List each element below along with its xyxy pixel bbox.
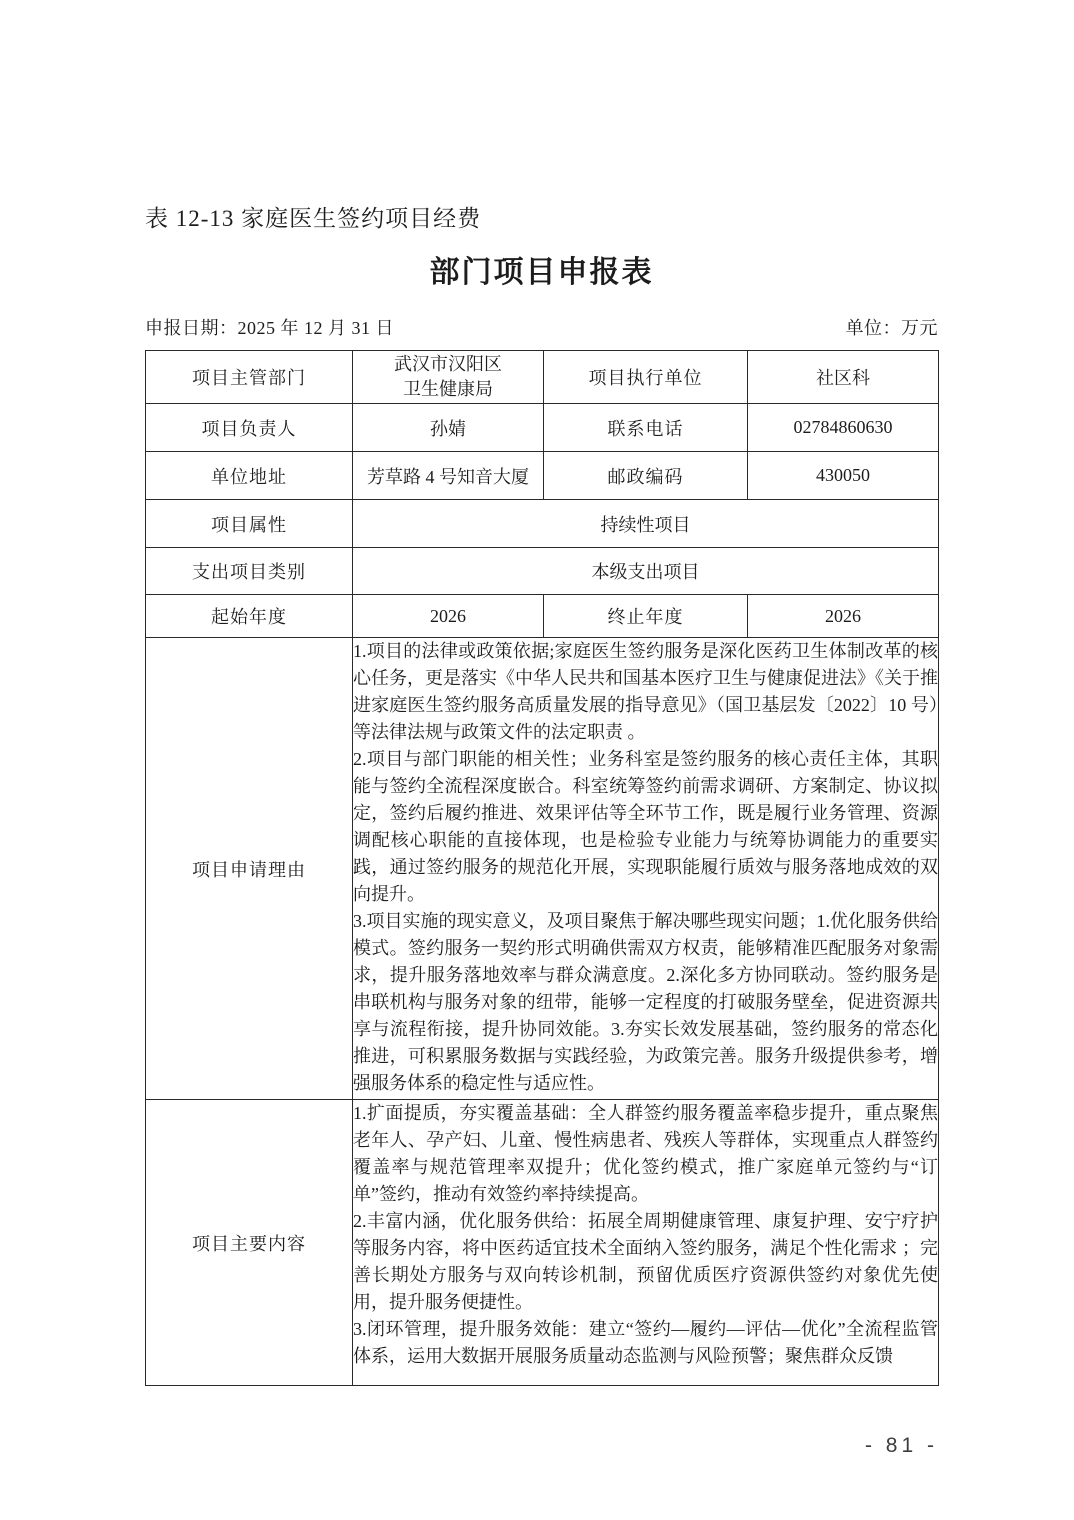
value-project-leader: 孙婧 [353, 404, 544, 452]
content-paragraph-2: 2.丰富内涵，优化服务供给：拓展全周期健康管理、康复护理、安宁疗护等服务内容，将… [353, 1208, 938, 1316]
value-postal-code: 430050 [748, 452, 939, 500]
main-content-text: 1.扩面提质，夯实覆盖基础：全人群签约服务覆盖率稳步提升，重点聚焦老年人、孕产妇… [353, 1100, 939, 1386]
row-main-content: 项目主要内容 1.扩面提质，夯实覆盖基础：全人群签约服务覆盖率稳步提升，重点聚焦… [146, 1100, 939, 1386]
row-address: 单位地址 芳草路 4 号知音大厦 邮政编码 430050 [146, 452, 939, 500]
application-reason-text: 1.项目的法律或政策依据;家庭医生签约服务是深化医药卫生体制改革的核心任务，更是… [353, 638, 939, 1100]
label-contact-phone: 联系电话 [544, 404, 748, 452]
row-project-attribute: 项目属性 持续性项目 [146, 500, 939, 548]
row-expenditure-category: 支出项目类别 本级支出项目 [146, 548, 939, 595]
label-unit-address: 单位地址 [146, 452, 353, 500]
value-executing-unit: 社区科 [748, 351, 939, 404]
label-main-content: 项目主要内容 [146, 1100, 353, 1386]
supervisor-department-line1: 武汉市汉阳区 [353, 352, 543, 377]
row-application-reason: 项目申请理由 1.项目的法律或政策依据;家庭医生签约服务是深化医药卫生体制改革的… [146, 638, 939, 1100]
page-number: - 81 - [145, 1434, 938, 1458]
label-postal-code: 邮政编码 [544, 452, 748, 500]
label-start-year: 起始年度 [146, 595, 353, 638]
document-page: 表 12-13 家庭医生签约项目经费 部门项目申报表 申报日期：2025 年 1… [0, 0, 1074, 1520]
label-project-leader: 项目负责人 [146, 404, 353, 452]
declare-date-label: 申报日期：2025 年 12 月 31 日 [145, 314, 394, 340]
table-caption: 表 12-13 家庭医生签约项目经费 [145, 200, 938, 233]
value-unit-address: 芳草路 4 号知音大厦 [353, 452, 544, 500]
meta-row: 申报日期：2025 年 12 月 31 日 单位：万元 [145, 314, 938, 340]
label-application-reason: 项目申请理由 [146, 638, 353, 1100]
application-table: 项目主管部门 武汉市汉阳区 卫生健康局 项目执行单位 社区科 项目负责人 孙婧 … [145, 350, 939, 1386]
label-project-attribute: 项目属性 [146, 500, 353, 548]
reason-paragraph-3: 3.项目实施的现实意义，及项目聚焦于解决哪些现实问题；1.优化服务供给模式。签约… [353, 908, 938, 1097]
value-expenditure-category: 本级支出项目 [353, 548, 939, 595]
reason-paragraph-1: 1.项目的法律或政策依据;家庭医生签约服务是深化医药卫生体制改革的核心任务，更是… [353, 638, 938, 746]
row-years: 起始年度 2026 终止年度 2026 [146, 595, 939, 638]
value-end-year: 2026 [748, 595, 939, 638]
label-supervisor-department: 项目主管部门 [146, 351, 353, 404]
value-start-year: 2026 [353, 595, 544, 638]
label-executing-unit: 项目执行单位 [544, 351, 748, 404]
content-paragraph-3: 3.闭环管理，提升服务效能：建立“签约—履约—评估—优化”全流程监管体系，运用大… [353, 1316, 938, 1370]
supervisor-department-line2: 卫生健康局 [353, 377, 543, 402]
label-end-year: 终止年度 [544, 595, 748, 638]
label-expenditure-category: 支出项目类别 [146, 548, 353, 595]
row-supervisor: 项目主管部门 武汉市汉阳区 卫生健康局 项目执行单位 社区科 [146, 351, 939, 404]
unit-label: 单位：万元 [846, 314, 939, 340]
reason-paragraph-2: 2.项目与部门职能的相关性；业务科室是签约服务的核心责任主体，其职能与签约全流程… [353, 746, 938, 908]
row-leader: 项目负责人 孙婧 联系电话 02784860630 [146, 404, 939, 452]
content-paragraph-1: 1.扩面提质，夯实覆盖基础：全人群签约服务覆盖率稳步提升，重点聚焦老年人、孕产妇… [353, 1100, 938, 1208]
value-contact-phone: 02784860630 [748, 404, 939, 452]
form-title: 部门项目申报表 [145, 247, 938, 291]
value-project-attribute: 持续性项目 [353, 500, 939, 548]
value-supervisor-department: 武汉市汉阳区 卫生健康局 [353, 351, 544, 404]
